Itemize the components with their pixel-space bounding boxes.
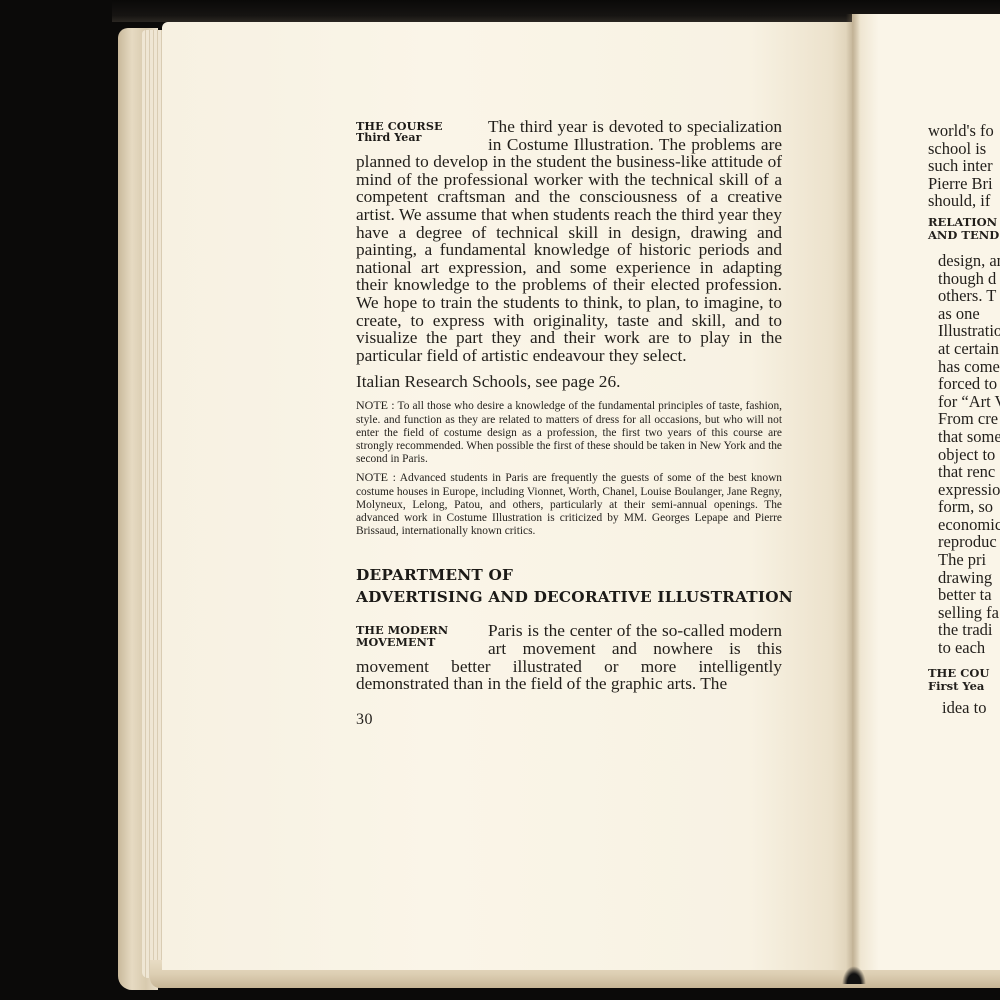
- spine-shadow: [842, 966, 866, 984]
- text-line: others. T: [928, 287, 1000, 305]
- note-label: NOTE :: [356, 470, 396, 484]
- text-line: that renc: [928, 463, 1000, 481]
- department-heading: DEPARTMENT OF ADVERTISING AND DECORATIVE…: [356, 564, 782, 608]
- text-line: Pierre Bri: [928, 175, 1000, 193]
- text-line: expressio: [928, 481, 1000, 499]
- text-line: world's fo: [928, 122, 1000, 140]
- page-number: 30: [356, 711, 782, 729]
- note-2: NOTE : Advanced students in Paris are fr…: [356, 471, 782, 538]
- cross-reference: Italian Research Schools, see page 26.: [356, 373, 782, 391]
- department-heading-line-2: ADVERTISING AND DECORATIVE ILLUSTRATION: [356, 586, 782, 608]
- text-line: Illustratio: [928, 322, 1000, 340]
- section-modern-movement: THE MODERN MOVEMENT Paris is the center …: [356, 622, 782, 692]
- book-gutter: [846, 14, 860, 974]
- sidehead-the-course-first-year: THE COU: [928, 667, 1000, 680]
- text-line: though d: [928, 270, 1000, 288]
- text-line: school is: [928, 140, 1000, 158]
- sidehead-first-year: First Yea: [928, 680, 1000, 693]
- sidehead-subtitle: MOVEMENT: [356, 636, 488, 648]
- text-line: forced to: [928, 375, 1000, 393]
- sidehead-the-course: THE COURSE Third Year: [356, 120, 488, 144]
- text-line: as one: [928, 305, 1000, 323]
- sidehead-relation-sub: AND TEND: [928, 229, 1000, 242]
- text-line: design, an: [928, 252, 1000, 270]
- note-1: NOTE : To all those who desire a knowled…: [356, 399, 782, 466]
- text-line: such inter: [928, 157, 1000, 175]
- note-label: NOTE :: [356, 398, 395, 412]
- left-page-text: THE COURSE Third Year The third year is …: [356, 118, 782, 729]
- text-line: that some: [928, 428, 1000, 446]
- department-heading-line-1: DEPARTMENT OF: [356, 564, 782, 586]
- text-line: economic: [928, 516, 1000, 534]
- text-line: at certain: [928, 340, 1000, 358]
- text-line: form, so: [928, 498, 1000, 516]
- note-text: To all those who desire a knowledge of t…: [356, 400, 782, 465]
- right-page-text: world's fo school is such inter Pierre B…: [928, 122, 1000, 716]
- third-year-paragraph: The third year is devoted to specializat…: [356, 118, 782, 364]
- text-line: drawing: [928, 569, 1000, 587]
- text-line: for “Art V: [928, 393, 1000, 411]
- text-line: The pri: [928, 551, 1000, 569]
- text-line: better ta: [928, 586, 1000, 604]
- text-line: the tradi: [928, 621, 1000, 639]
- sidehead-subtitle: Third Year: [356, 132, 488, 144]
- text-line: should, if: [928, 192, 1000, 210]
- text-line: to each: [928, 639, 1000, 657]
- note-text: Advanced students in Paris are frequentl…: [356, 472, 782, 537]
- sidehead-modern-movement: THE MODERN MOVEMENT: [356, 624, 488, 648]
- section-third-year: THE COURSE Third Year The third year is …: [356, 118, 782, 364]
- text-line: has come: [928, 358, 1000, 376]
- text-line: reproduc: [928, 533, 1000, 551]
- text-line: From cre: [928, 410, 1000, 428]
- text-line: object to: [928, 446, 1000, 464]
- text-line: idea to: [928, 699, 1000, 717]
- text-line: selling fa: [928, 604, 1000, 622]
